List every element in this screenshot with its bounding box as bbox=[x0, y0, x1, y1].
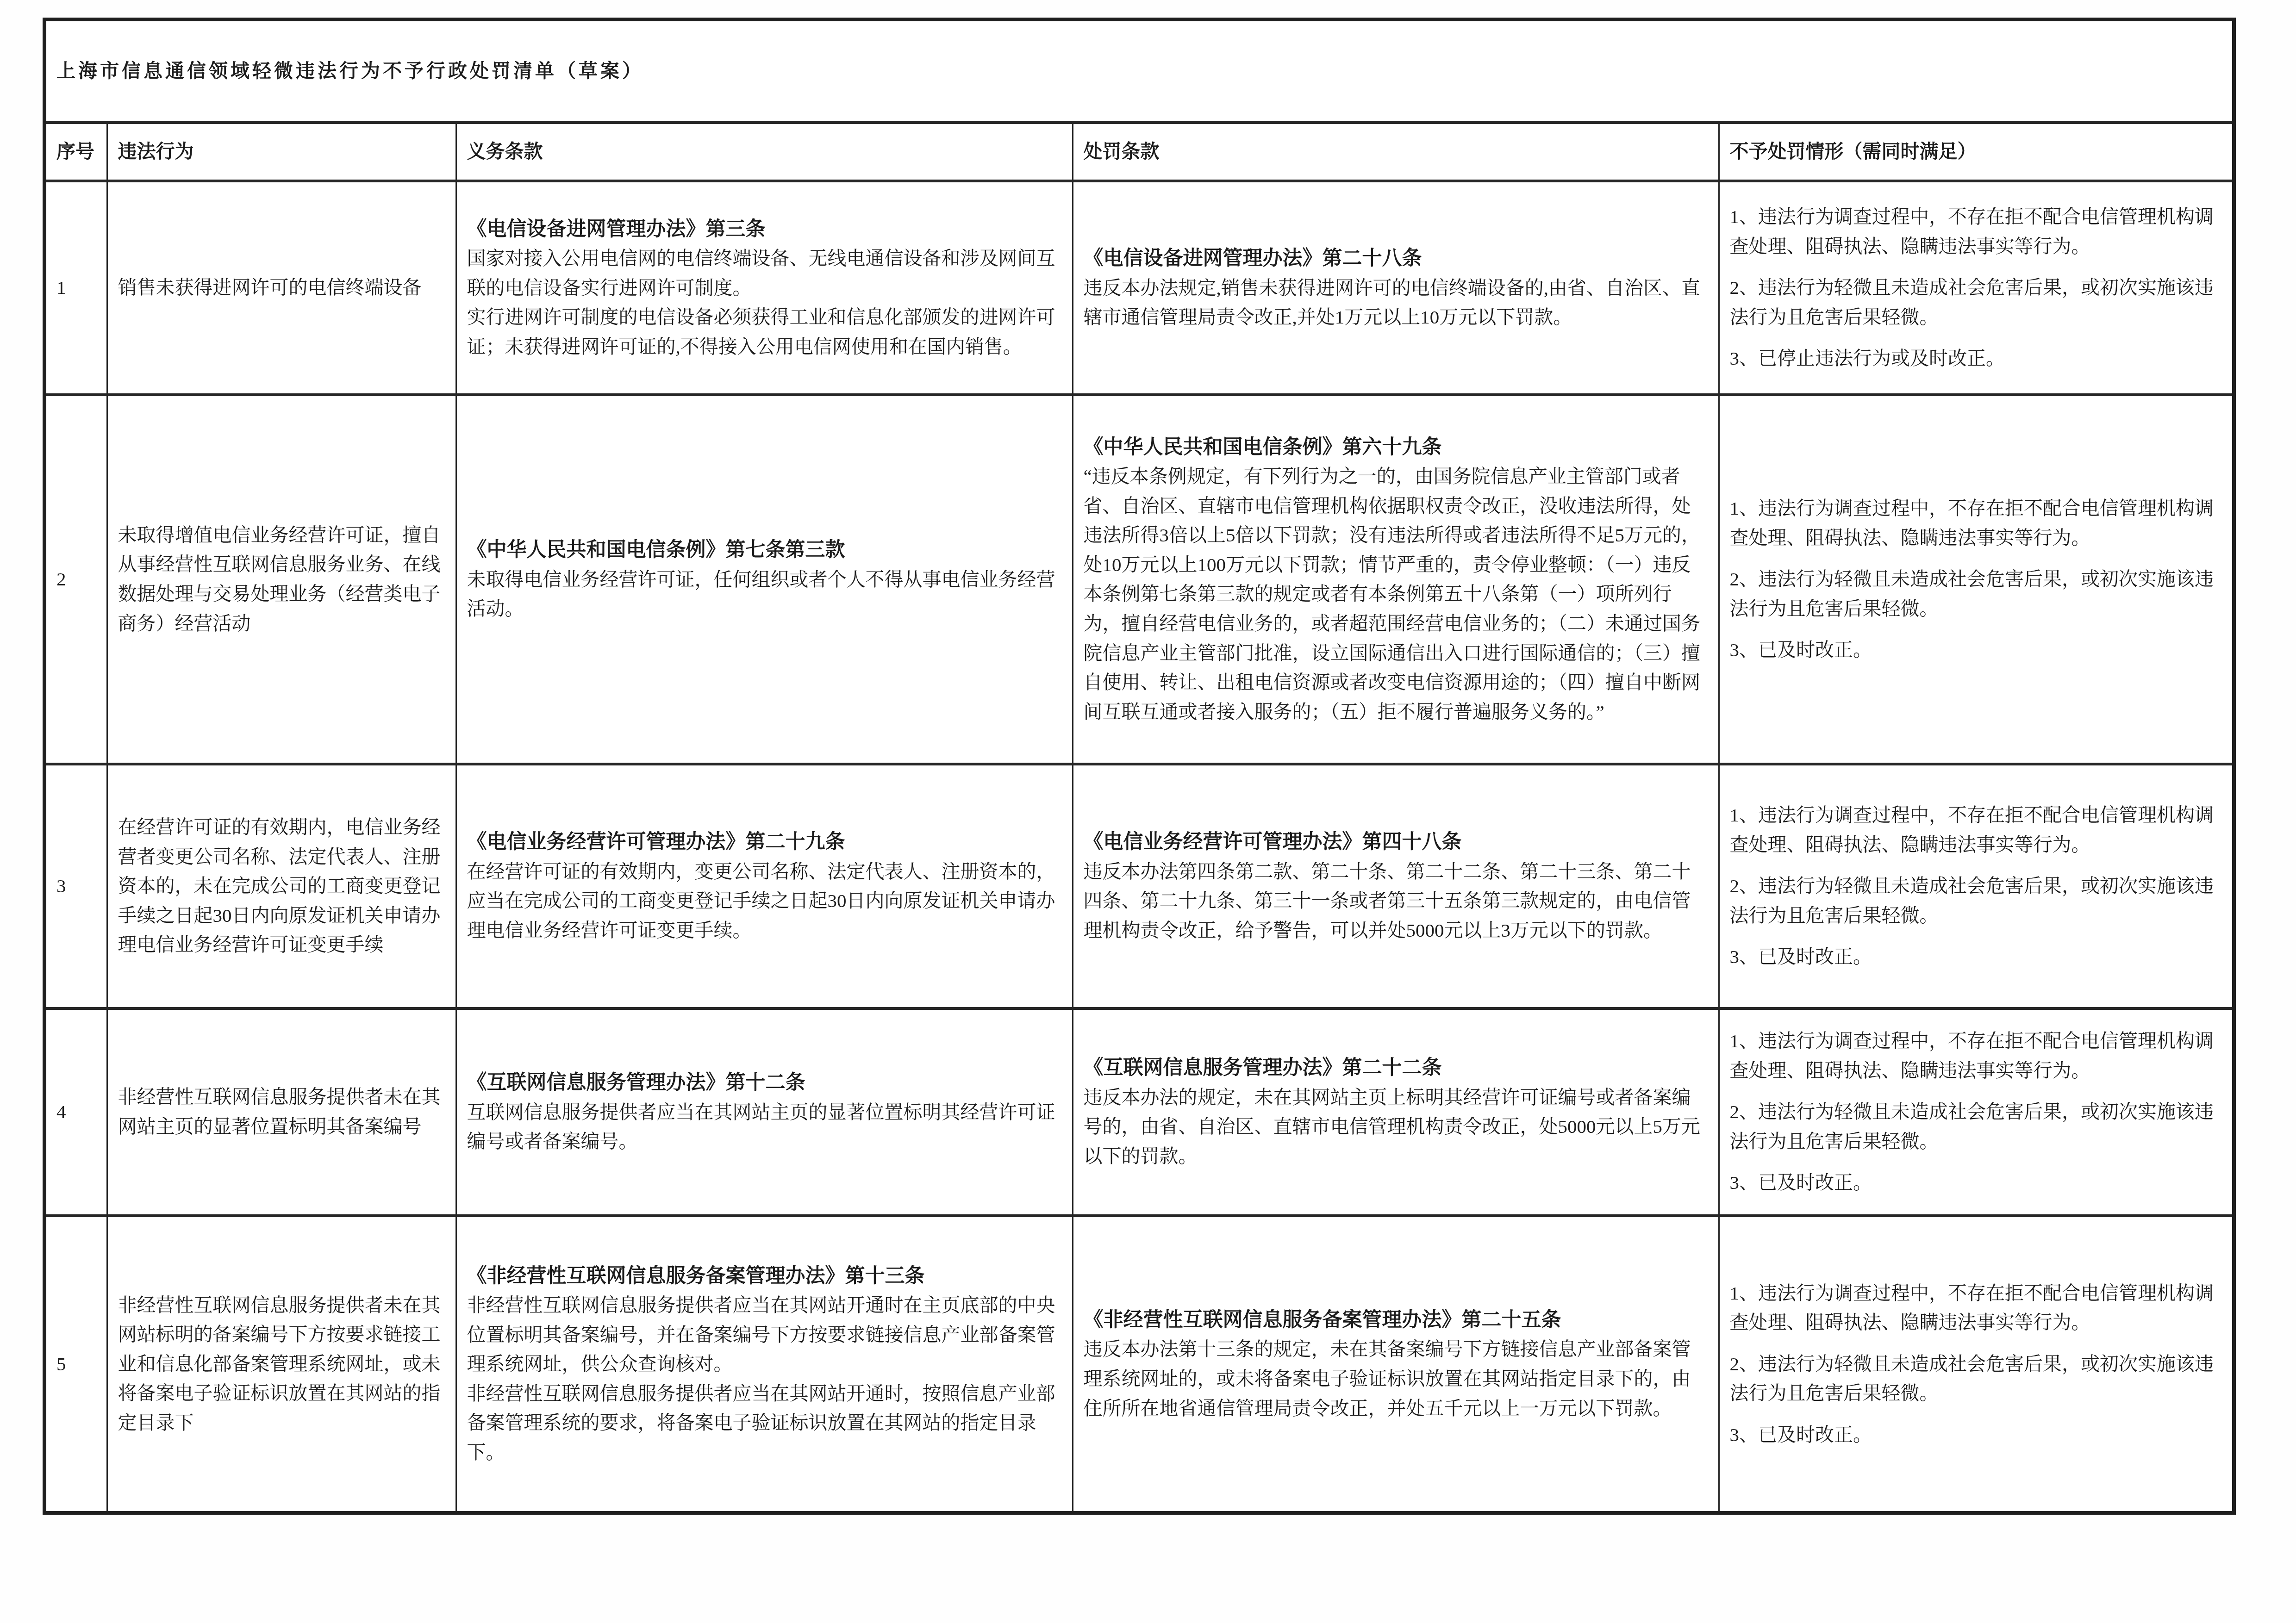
cell-penalty: 《电信设备进网管理办法》第二十八条 违反本办法规定,销售未获得进网许可的电信终端… bbox=[1073, 181, 1719, 395]
cell-penalty: 《非经营性互联网信息服务备案管理办法》第二十五条 违反本办法第十三条的规定，未在… bbox=[1073, 1216, 1719, 1513]
condition-item: 1、违法行为调查过程中，不存在拒不配合电信管理机构调查处理、阻碍执法、隐瞒违法事… bbox=[1730, 202, 2222, 261]
table-row: 5 非经营性互联网信息服务提供者未在其网站标明的备案编号下方按要求链接工业和信息… bbox=[44, 1216, 2234, 1513]
law-text: 非经营性互联网信息服务提供者应当在其网站开通时，按照信息产业部备案管理系统的要求… bbox=[467, 1379, 1062, 1468]
violation-text: 非经营性互联网信息服务提供者未在其网站标明的备案编号下方按要求链接工业和信息化部… bbox=[118, 1291, 445, 1438]
cell-penalty: 《中华人民共和国电信条例》第六十九条 “违反本条例规定，有下列行为之一的，由国务… bbox=[1073, 395, 1719, 764]
cell-conditions: 1、违法行为调查过程中，不存在拒不配合电信管理机构调查处理、阻碍执法、隐瞒违法事… bbox=[1719, 1008, 2234, 1216]
law-text: 违反本办法第十三条的规定，未在其备案编号下方链接信息产业部备案管理系统网址的，或… bbox=[1084, 1335, 1708, 1423]
cell-violation: 销售未获得进网许可的电信终端设备 bbox=[107, 181, 456, 395]
header-violation: 违法行为 bbox=[107, 123, 456, 181]
law-citation: 《互联网信息服务管理办法》第十二条 bbox=[467, 1068, 1062, 1098]
law-text: 违反本办法规定,销售未获得进网许可的电信终端设备的,由省、自治区、直辖市通信管理… bbox=[1084, 274, 1708, 332]
law-citation: 《电信业务经营许可管理办法》第二十九条 bbox=[467, 827, 1062, 857]
violation-text: 非经营性互联网信息服务提供者未在其网站主页的显著位置标明其备案编号 bbox=[118, 1082, 445, 1141]
scanned-document-page: 上海市信息通信领域轻微违法行为不予行政处罚清单（草案） 序号 违法行为 义务条款… bbox=[0, 0, 2296, 1623]
condition-item: 2、违法行为轻微且未造成社会危害后果，或初次实施该违法行为且危害后果轻微。 bbox=[1730, 273, 2222, 332]
law-text: 非经营性互联网信息服务提供者应当在其网站开通时在主页底部的中央位置标明其备案编号… bbox=[467, 1291, 1062, 1379]
header-penalty-clause: 处罚条款 bbox=[1073, 123, 1719, 181]
condition-item: 3、已及时改正。 bbox=[1730, 635, 2222, 665]
cell-obligation: 《电信设备进网管理办法》第三条 国家对接入公用电信网的电信终端设备、无线电通信设… bbox=[456, 181, 1073, 395]
law-citation: 《非经营性互联网信息服务备案管理办法》第二十五条 bbox=[1084, 1305, 1708, 1335]
condition-item: 3、已停止违法行为或及时改正。 bbox=[1730, 344, 2222, 373]
condition-item: 2、违法行为轻微且未造成社会危害后果，或初次实施该违法行为且危害后果轻微。 bbox=[1730, 565, 2222, 623]
violation-text: 在经营许可证的有效期内，电信业务经营者变更公司名称、法定代表人、注册资本的，未在… bbox=[118, 813, 445, 960]
page-title: 上海市信息通信领域轻微违法行为不予行政处罚清单（草案） bbox=[44, 19, 2234, 123]
law-citation: 《电信业务经营许可管理办法》第四十八条 bbox=[1084, 827, 1708, 857]
cell-violation: 未取得增值电信业务经营许可证，擅自从事经营性互联网信息服务业务、在线数据处理与交… bbox=[107, 395, 456, 764]
cell-seq-no: 5 bbox=[44, 1216, 107, 1513]
condition-item: 3、已及时改正。 bbox=[1730, 942, 2222, 972]
cell-obligation: 《电信业务经营许可管理办法》第二十九条 在经营许可证的有效期内，变更公司名称、法… bbox=[456, 764, 1073, 1008]
cell-violation: 非经营性互联网信息服务提供者未在其网站标明的备案编号下方按要求链接工业和信息化部… bbox=[107, 1216, 456, 1513]
condition-item: 2、违法行为轻微且未造成社会危害后果，或初次实施该违法行为且危害后果轻微。 bbox=[1730, 1097, 2222, 1156]
law-text: 国家对接入公用电信网的电信终端设备、无线电通信设备和涉及网间互联的电信设备实行进… bbox=[467, 244, 1062, 303]
table-row: 2 未取得增值电信业务经营许可证，擅自从事经营性互联网信息服务业务、在线数据处理… bbox=[44, 395, 2234, 764]
header-row: 序号 违法行为 义务条款 处罚条款 不予处罚情形（需同时满足） bbox=[44, 123, 2234, 181]
law-text: 在经营许可证的有效期内，变更公司名称、法定代表人、注册资本的，应当在完成公司的工… bbox=[467, 857, 1062, 945]
cell-obligation: 《互联网信息服务管理办法》第十二条 互联网信息服务提供者应当在其网站主页的显著位… bbox=[456, 1008, 1073, 1216]
table-row: 1 销售未获得进网许可的电信终端设备 《电信设备进网管理办法》第三条 国家对接入… bbox=[44, 181, 2234, 395]
cell-obligation: 《中华人民共和国电信条例》第七条第三款 未取得电信业务经营许可证，任何组织或者个… bbox=[456, 395, 1073, 764]
header-exemption-conditions: 不予处罚情形（需同时满足） bbox=[1719, 123, 2234, 181]
condition-item: 2、违法行为轻微且未造成社会危害后果，或初次实施该违法行为且危害后果轻微。 bbox=[1730, 1349, 2222, 1408]
condition-item: 2、违法行为轻微且未造成社会危害后果，或初次实施该违法行为且危害后果轻微。 bbox=[1730, 871, 2222, 930]
table-row: 4 非经营性互联网信息服务提供者未在其网站主页的显著位置标明其备案编号 《互联网… bbox=[44, 1008, 2234, 1216]
cell-conditions: 1、违法行为调查过程中，不存在拒不配合电信管理机构调查处理、阻碍执法、隐瞒违法事… bbox=[1719, 1216, 2234, 1513]
law-text: 未取得电信业务经营许可证，任何组织或者个人不得从事电信业务经营活动。 bbox=[467, 565, 1062, 624]
condition-item: 1、违法行为调查过程中，不存在拒不配合电信管理机构调查处理、阻碍执法、隐瞒违法事… bbox=[1730, 1279, 2222, 1337]
cell-seq-no: 2 bbox=[44, 395, 107, 764]
cell-seq-no: 4 bbox=[44, 1008, 107, 1216]
cell-violation: 非经营性互联网信息服务提供者未在其网站主页的显著位置标明其备案编号 bbox=[107, 1008, 456, 1216]
cell-conditions: 1、违法行为调查过程中，不存在拒不配合电信管理机构调查处理、阻碍执法、隐瞒违法事… bbox=[1719, 395, 2234, 764]
cell-penalty: 《互联网信息服务管理办法》第二十二条 违反本办法的规定，未在其网站主页上标明其经… bbox=[1073, 1008, 1719, 1216]
cell-seq-no: 1 bbox=[44, 181, 107, 395]
law-text: 违反本办法第四条第二款、第二十条、第二十二条、第二十三条、第二十四条、第二十九条… bbox=[1084, 857, 1708, 945]
condition-item: 1、违法行为调查过程中，不存在拒不配合电信管理机构调查处理、阻碍执法、隐瞒违法事… bbox=[1730, 801, 2222, 859]
table-row: 3 在经营许可证的有效期内，电信业务经营者变更公司名称、法定代表人、注册资本的，… bbox=[44, 764, 2234, 1008]
header-obligation-clause: 义务条款 bbox=[456, 123, 1073, 181]
law-citation: 《中华人民共和国电信条例》第六十九条 bbox=[1084, 432, 1708, 462]
law-citation: 《电信设备进网管理办法》第三条 bbox=[467, 214, 1062, 244]
condition-item: 1、违法行为调查过程中，不存在拒不配合电信管理机构调查处理、阻碍执法、隐瞒违法事… bbox=[1730, 494, 2222, 553]
law-text: “违反本条例规定，有下列行为之一的，由国务院信息产业主管部门或者省、自治区、直辖… bbox=[1084, 462, 1708, 727]
violation-exemption-table: 上海市信息通信领域轻微违法行为不予行政处罚清单（草案） 序号 违法行为 义务条款… bbox=[43, 18, 2236, 1515]
violation-text: 未取得增值电信业务经营许可证，擅自从事经营性互联网信息服务业务、在线数据处理与交… bbox=[118, 521, 445, 638]
law-text: 互联网信息服务提供者应当在其网站主页的显著位置标明其经营许可证编号或者备案编号。 bbox=[467, 1098, 1062, 1157]
violation-text: 销售未获得进网许可的电信终端设备 bbox=[118, 273, 445, 303]
law-citation: 《中华人民共和国电信条例》第七条第三款 bbox=[467, 535, 1062, 565]
cell-violation: 在经营许可证的有效期内，电信业务经营者变更公司名称、法定代表人、注册资本的，未在… bbox=[107, 764, 456, 1008]
title-row: 上海市信息通信领域轻微违法行为不予行政处罚清单（草案） bbox=[44, 19, 2234, 123]
law-citation: 《互联网信息服务管理办法》第二十二条 bbox=[1084, 1053, 1708, 1083]
condition-item: 3、已及时改正。 bbox=[1730, 1168, 2222, 1198]
law-citation: 《非经营性互联网信息服务备案管理办法》第十三条 bbox=[467, 1261, 1062, 1291]
header-seq-no: 序号 bbox=[44, 123, 107, 181]
condition-item: 3、已及时改正。 bbox=[1730, 1420, 2222, 1450]
cell-conditions: 1、违法行为调查过程中，不存在拒不配合电信管理机构调查处理、阻碍执法、隐瞒违法事… bbox=[1719, 181, 2234, 395]
law-text: 实行进网许可制度的电信设备必须获得工业和信息化部颁发的进网许可证；未获得进网许可… bbox=[467, 303, 1062, 361]
cell-obligation: 《非经营性互联网信息服务备案管理办法》第十三条 非经营性互联网信息服务提供者应当… bbox=[456, 1216, 1073, 1513]
cell-seq-no: 3 bbox=[44, 764, 107, 1008]
cell-conditions: 1、违法行为调查过程中，不存在拒不配合电信管理机构调查处理、阻碍执法、隐瞒违法事… bbox=[1719, 764, 2234, 1008]
law-citation: 《电信设备进网管理办法》第二十八条 bbox=[1084, 243, 1708, 274]
cell-penalty: 《电信业务经营许可管理办法》第四十八条 违反本办法第四条第二款、第二十条、第二十… bbox=[1073, 764, 1719, 1008]
condition-item: 1、违法行为调查过程中，不存在拒不配合电信管理机构调查处理、阻碍执法、隐瞒违法事… bbox=[1730, 1026, 2222, 1085]
law-text: 违反本办法的规定，未在其网站主页上标明其经营许可证编号或者备案编号的，由省、自治… bbox=[1084, 1083, 1708, 1171]
